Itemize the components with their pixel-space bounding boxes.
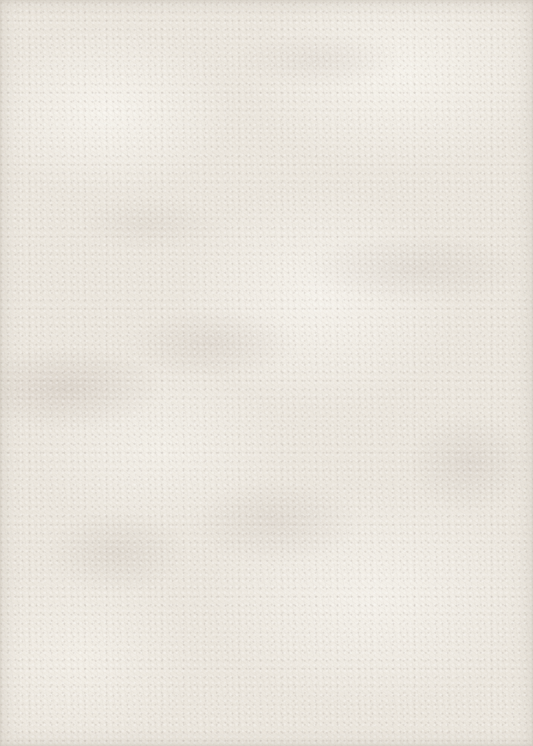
rug-edge-shadow [0,0,533,746]
shag-rug-photo [0,0,533,746]
